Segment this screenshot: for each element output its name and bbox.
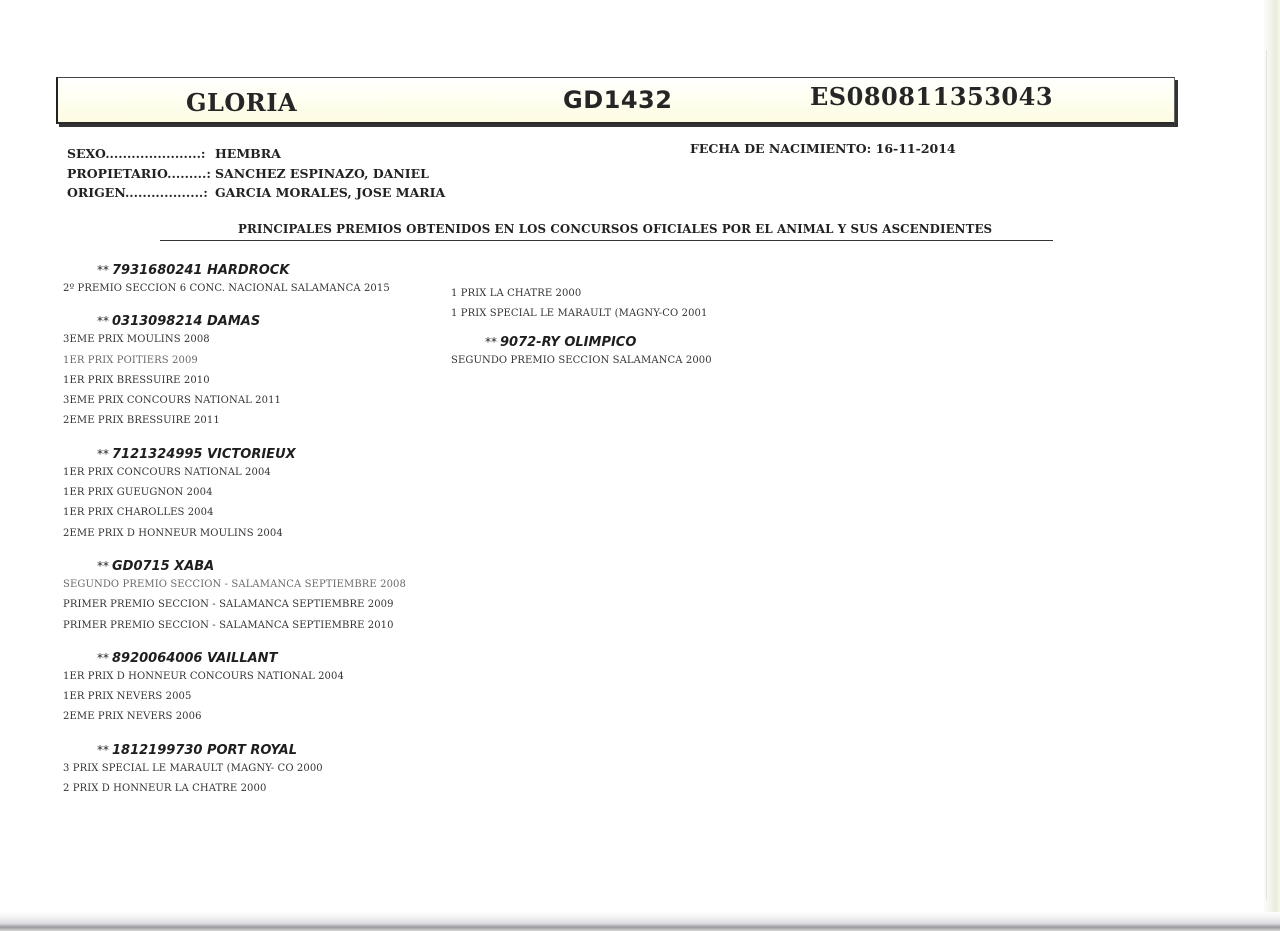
ancestor-name: 7121324995 VICTORIEUX (112, 447, 296, 462)
ancestor-block: **7121324995 VICTORIEUX1ER PRIX CONCOURS… (63, 445, 406, 544)
ancestor-name: 0313098214 DAMAS (112, 314, 260, 329)
prize-item: 1ER PRIX NEVERS 2005 (63, 687, 406, 707)
prize-item: 1ER PRIX CONCOURS NATIONAL 2004 (63, 463, 406, 483)
ancestor-block: 1 PRIX LA CHATRE 20001 PRIX SPECIAL LE M… (451, 284, 712, 325)
ancestor-heading: **0313098214 DAMAS (63, 312, 406, 330)
section-divider (160, 240, 1053, 241)
info-value: SANCHEZ ESPINAZO, DANIEL (215, 164, 429, 184)
ancestor-block: **7931680241 HARDROCK2º PREMIO SECCION 6… (63, 261, 406, 299)
ancestor-heading: **7121324995 VICTORIEUX (63, 445, 406, 463)
ancestor-block: **0313098214 DAMAS3EME PRIX MOULINS 2008… (63, 312, 406, 431)
prize-item: 1 PRIX SPECIAL LE MARAULT (MAGNY-CO 2001 (451, 304, 712, 324)
prize-item: 1ER PRIX CHAROLLES 2004 (63, 503, 406, 523)
ancestor-stars: ** (97, 447, 109, 461)
prize-item: 1ER PRIX D HONNEUR CONCOURS NATIONAL 200… (63, 667, 406, 687)
animal-code: GD1432 (563, 86, 672, 114)
birth-date-block: FECHA DE NACIMIENTO: 16-11-2014 (690, 141, 956, 156)
prize-item: SEGUNDO PREMIO SECCION - SALAMANCA SEPTI… (63, 575, 406, 595)
prize-item: PRIMER PREMIO SECCION - SALAMANCA SEPTIE… (63, 595, 406, 615)
prizes-right-column: 1 PRIX LA CHATRE 20001 PRIX SPECIAL LE M… (451, 284, 712, 379)
ancestor-stars: ** (97, 263, 109, 277)
ancestor-stars: ** (485, 335, 497, 349)
prize-item: 2EME PRIX BRESSUIRE 2011 (63, 411, 406, 431)
birth-date-label: FECHA DE NACIMIENTO: (690, 141, 871, 156)
ancestor-stars: ** (97, 559, 109, 573)
ancestor-stars: ** (97, 314, 109, 328)
ancestor-name: 1812199730 PORT ROYAL (112, 743, 297, 758)
ancestor-name: GD0715 XABA (112, 559, 214, 574)
ancestor-stars: ** (97, 651, 109, 665)
ancestor-heading: **8920064006 VAILLANT (63, 649, 406, 667)
prize-item: PRIMER PREMIO SECCION - SALAMANCA SEPTIE… (63, 616, 406, 636)
prize-item: 2EME PRIX D HONNEUR MOULINS 2004 (63, 524, 406, 544)
ancestor-name: 7931680241 HARDROCK (112, 263, 289, 278)
ancestor-block: **1812199730 PORT ROYAL3 PRIX SPECIAL LE… (63, 741, 406, 800)
ancestor-heading: **7931680241 HARDROCK (63, 261, 406, 279)
ancestor-name: 9072-RY OLIMPICO (500, 335, 636, 350)
info-label: ORIGEN..................: (67, 183, 215, 203)
info-value: GARCIA MORALES, JOSE MARIA (215, 183, 445, 203)
ancestor-heading: **1812199730 PORT ROYAL (63, 741, 406, 759)
info-label: PROPIETARIO.........: (67, 164, 215, 184)
prize-item: SEGUNDO PREMIO SECCION SALAMANCA 2000 (451, 351, 712, 371)
ancestor-name: 8920064006 VAILLANT (112, 651, 277, 666)
prize-item: 2EME PRIX NEVERS 2006 (63, 707, 406, 727)
animal-info-block: SEXO......................: HEMBRA PROPI… (67, 144, 445, 203)
ancestor-heading: **9072-RY OLIMPICO (451, 333, 712, 351)
section-title: PRINCIPALES PREMIOS OBTENIDOS EN LOS CON… (238, 222, 992, 236)
info-label: SEXO......................: (67, 144, 215, 164)
prize-item: 3EME PRIX MOULINS 2008 (63, 330, 406, 350)
header-banner: GLORIA GD1432 ES080811353043 (56, 77, 1175, 124)
scan-edge-line (1266, 50, 1267, 900)
animal-name: GLORIA (186, 88, 297, 117)
ancestor-block: **GD0715 XABASEGUNDO PREMIO SECCION - SA… (63, 557, 406, 636)
ancestor-heading: **GD0715 XABA (63, 557, 406, 575)
prize-item: 1ER PRIX POITIERS 2009 (63, 351, 406, 371)
prize-item: 3 PRIX SPECIAL LE MARAULT (MAGNY- CO 200… (63, 759, 406, 779)
prize-item: 1ER PRIX BRESSUIRE 2010 (63, 371, 406, 391)
prize-item: 3EME PRIX CONCOURS NATIONAL 2011 (63, 391, 406, 411)
pedigree-document-page: GLORIA GD1432 ES080811353043 SEXO.......… (0, 0, 1280, 931)
ancestor-stars: ** (97, 743, 109, 757)
prize-item: 1ER PRIX GUEUGNON 2004 (63, 483, 406, 503)
ancestor-block: **8920064006 VAILLANT1ER PRIX D HONNEUR … (63, 649, 406, 728)
birth-date-value: 16-11-2014 (876, 141, 956, 156)
info-row-owner: PROPIETARIO.........: SANCHEZ ESPINAZO, … (67, 164, 445, 184)
info-row-sex: SEXO......................: HEMBRA (67, 144, 445, 164)
prize-item: 2º PREMIO SECCION 6 CONC. NACIONAL SALAM… (63, 279, 406, 299)
prizes-left-column: **7931680241 HARDROCK2º PREMIO SECCION 6… (63, 261, 406, 812)
info-value: HEMBRA (215, 144, 281, 164)
ancestor-block: **9072-RY OLIMPICOSEGUNDO PREMIO SECCION… (451, 333, 712, 371)
info-row-origin: ORIGEN..................: GARCIA MORALES… (67, 183, 445, 203)
prize-item: 2 PRIX D HONNEUR LA CHATRE 2000 (63, 779, 406, 799)
scan-edge-bottom (0, 912, 1280, 931)
prize-item: 1 PRIX LA CHATRE 2000 (451, 284, 712, 304)
animal-registration-id: ES080811353043 (810, 82, 1053, 111)
